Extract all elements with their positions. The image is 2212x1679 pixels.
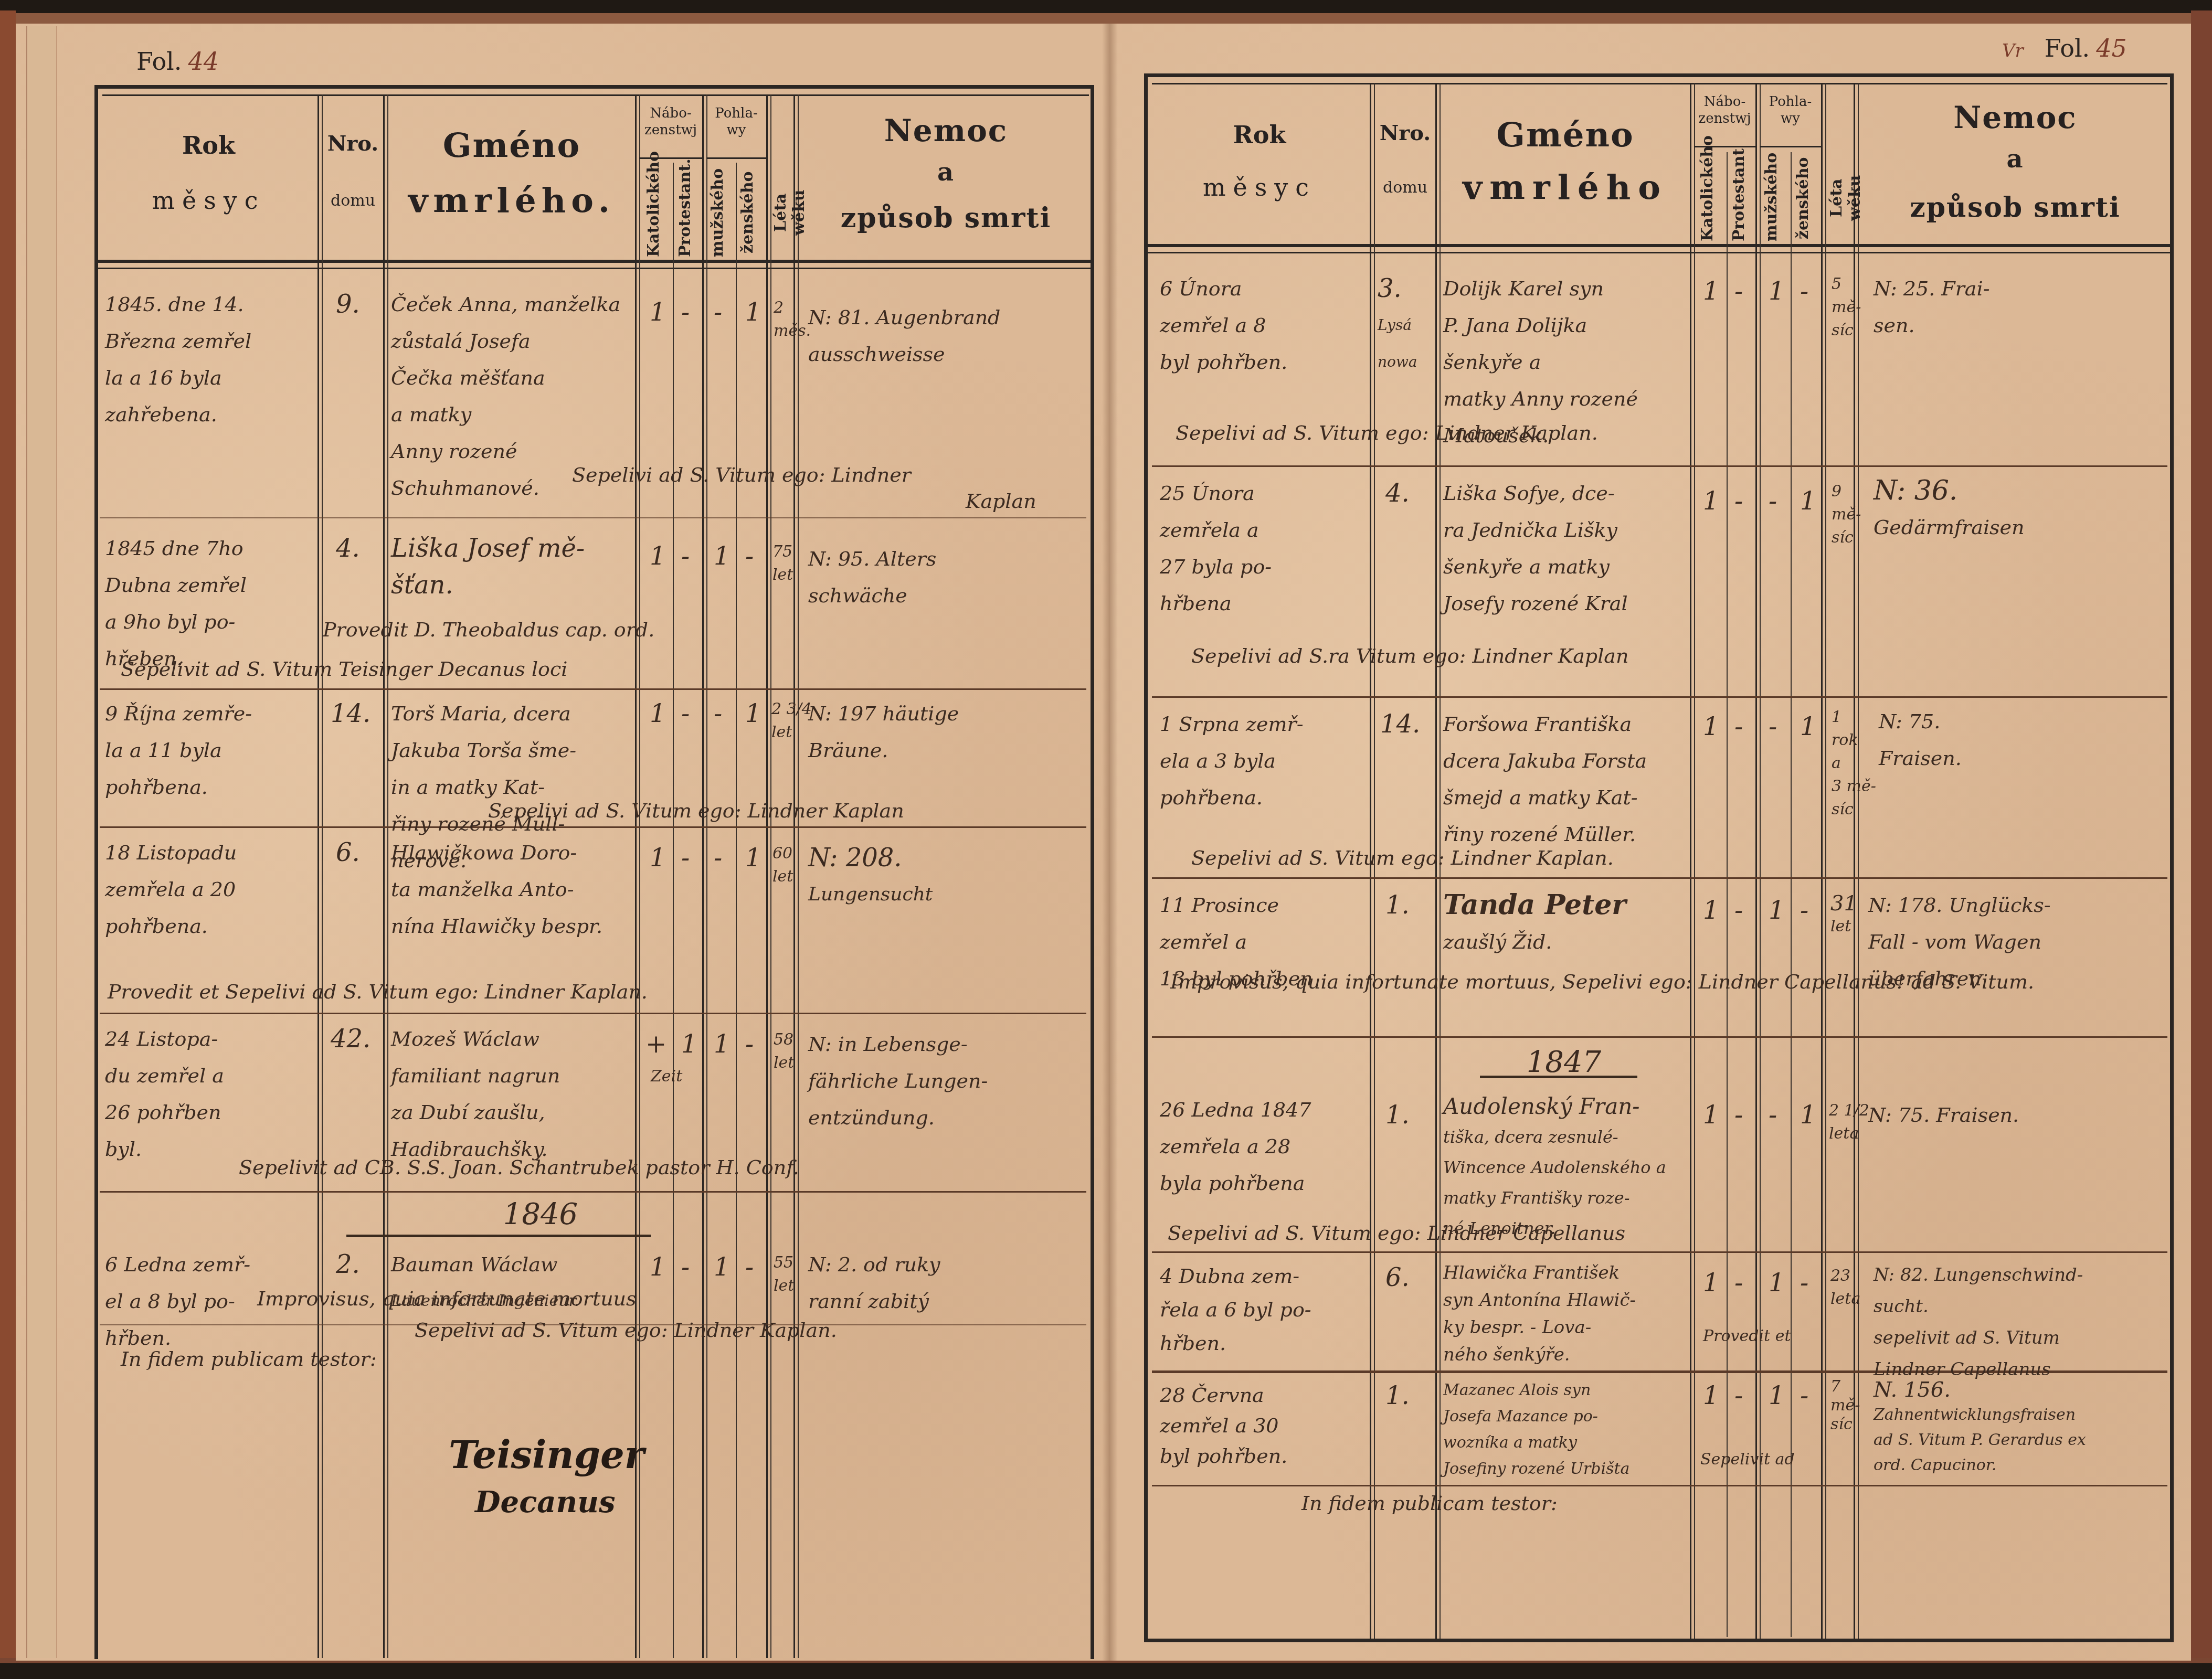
entry-date: 18 Listopaduzemřela a 20pohřbena.: [105, 834, 237, 944]
entry-burial-note: Sepelivi ad S. Vitum ego: Lindner Capell…: [1168, 1215, 1625, 1251]
header-bottom-rule-2: [97, 268, 1092, 269]
entry-female: 1: [745, 294, 761, 331]
entry-male: 1: [1769, 1264, 1785, 1301]
header-zpusob-smrti: způsob smrti: [800, 202, 1092, 234]
entry-house-number: 42.: [331, 1021, 371, 1057]
col-divider: [1727, 152, 1728, 1637]
header-a: a: [800, 157, 1092, 187]
entry-cause: N: 208.Lungensucht: [808, 839, 933, 913]
entry-cause: N: 75.Fraisen.: [1879, 703, 1962, 777]
entry-date: 6 Únorazemřel a 8byl pohřben.: [1160, 270, 1287, 380]
entry-date: 4 Dubna zem-řela a 6 byl po-hřben.: [1160, 1259, 1311, 1360]
entry-age: 23leta: [1830, 1264, 1860, 1311]
folio-number-right: 45: [2096, 34, 2127, 62]
entry-catholic: 1: [1703, 1377, 1719, 1414]
entry-catholic: 1: [1703, 483, 1719, 519]
entry-house-number: 9.: [336, 286, 360, 323]
row-divider: [100, 517, 1086, 518]
entry-protestant: 1: [681, 1026, 697, 1062]
header-pohlawy: Pohla-wy: [1760, 93, 1821, 127]
header-rule: [102, 94, 1089, 96]
entry-protestant: -: [1734, 1264, 1743, 1301]
entry-burial-note: Sepelivit ad S. Vitum Teisinger Decanus …: [121, 651, 567, 687]
col-divider: [736, 163, 737, 1658]
entry-cause: N: 75. Fraisen.: [1868, 1097, 2019, 1133]
entry-burial-note: Sepelivi ad S. Vitum ego: Lindner Kaplan: [488, 792, 904, 829]
col-divider: [1821, 83, 1823, 1639]
col-divider: [639, 94, 640, 1658]
col-divider: [1755, 83, 1757, 1639]
entry-house-number: 1.: [1385, 1377, 1410, 1414]
entry-burial-note: Provedit et Sepelivi ad S. Vitum ego: Li…: [108, 973, 648, 1010]
header-leta-weku: Léta wěku: [1827, 155, 1853, 241]
entry-protestant: -: [1734, 273, 1743, 310]
entry-age: 58let: [774, 1028, 794, 1075]
entry-catholic: 1: [1703, 1264, 1719, 1301]
header-zenskeho: ženského: [1794, 155, 1820, 241]
header-mesyc: měsyc: [1149, 173, 1370, 201]
row-divider: [1152, 877, 2167, 879]
row-divider: [1152, 465, 2167, 467]
entry-protestant: -: [1734, 483, 1743, 519]
entry-name: Tanda Peterzaušlý Žid.: [1443, 887, 1626, 960]
entry-male: -: [1769, 708, 1777, 745]
header-gmeno: Gméno: [388, 126, 635, 165]
row-divider: [100, 688, 1086, 690]
col-divider: [1760, 83, 1761, 1639]
entry-female: -: [1800, 273, 1808, 310]
entry-male: -: [714, 294, 722, 331]
entry-protestant: -: [681, 1249, 690, 1285]
entry-date: 1845. dne 14.Března zemřella a 16 bylaza…: [105, 286, 251, 433]
leather-edge-right: [2191, 10, 2212, 1669]
entry-burial-note: Sepelivi ad S.ra Vitum ego: Lindner Kapl…: [1191, 637, 1628, 674]
entry-protestant: -: [1734, 1377, 1743, 1414]
entry-house-number: 14.: [331, 695, 371, 732]
leather-edge-left: [0, 10, 16, 1669]
entry-date: 24 Listopa-du zemřel a26 pohřbenbyl.: [105, 1021, 224, 1167]
header-muzskeho: mužského: [708, 168, 735, 257]
entry-house-number: 6.: [1385, 1259, 1410, 1296]
header-zenskeho: ženského: [738, 168, 765, 257]
entry-age: 60let: [772, 842, 793, 888]
header-zpusob-smrti: způsob smrti: [1860, 192, 2170, 224]
entry-date: 26 Ledna 1847zemřela a 28byla pohřbena: [1160, 1091, 1311, 1202]
entry-male: -: [714, 839, 722, 876]
entry-male: 1: [1769, 892, 1785, 929]
header-bottom-rule: [97, 260, 1092, 263]
entry-name: Hlawička Františeksyn Antonína Hlawič-ky…: [1443, 1259, 1636, 1368]
entry-cause: N: 81. Augenbrandausschweisse: [808, 299, 1000, 373]
header-leta-weku: Léta wěku: [771, 168, 793, 257]
entry-catholic: 1: [650, 538, 666, 575]
entry-catholic: 1: [1703, 708, 1719, 745]
col-divider: [387, 94, 388, 1658]
entry-house-number: 6.: [336, 834, 360, 871]
entry-female: -: [745, 1249, 754, 1285]
col-divider: [1690, 83, 1691, 1639]
entry-cause: N: 197 häutigeBräune.: [808, 695, 959, 769]
entry-cause: N: 95. Altersschwäche: [808, 540, 936, 614]
entry-catholic: 1: [1703, 1097, 1719, 1133]
signature-title: Decanus: [475, 1485, 616, 1519]
col-divider: [322, 94, 323, 1658]
entry-female: -: [1800, 892, 1808, 929]
entry-name: Mazanec Alois synJosefa Mazance po-wozní…: [1443, 1377, 1629, 1482]
entry-protestant: -: [681, 839, 690, 876]
entry-column-note: Zeit: [651, 1065, 682, 1088]
page-stack-edge: [26, 26, 57, 1658]
header-mesyc: měsyc: [100, 186, 317, 215]
header-bottom-rule-2: [1148, 252, 2170, 253]
entry-burial-note: Sepelivi ad S. Vitum ego: Lindner Kaplan…: [415, 1312, 837, 1348]
entry-female: -: [745, 538, 754, 575]
header-domu: domu: [1375, 178, 1435, 197]
header-vmrleho: vmrlého: [1441, 168, 1690, 207]
entry-protestant: -: [1734, 892, 1743, 929]
subheader-rule: [1760, 146, 1821, 147]
entry-age: 9mě-síc: [1832, 480, 1861, 549]
entry-age: 5mě-síc: [1832, 273, 1861, 342]
entry-protestant: -: [1734, 708, 1743, 745]
header-protestant: Protestant: [1730, 155, 1755, 241]
book-spine: [1102, 24, 1118, 1661]
entry-officiant-note: Provedit D. Theobaldus cap. ord.: [323, 611, 654, 648]
entry-age: 2 3/4let: [771, 698, 812, 744]
entry-female: 1: [1800, 708, 1816, 745]
header-katolickeho: Katolického: [1698, 155, 1724, 241]
header-bottom-rule: [1148, 244, 2170, 247]
entry-male: 1: [1769, 273, 1785, 310]
entry-female: -: [745, 1026, 754, 1062]
entry-age: 55let: [774, 1251, 794, 1298]
entry-male: -: [714, 695, 722, 732]
attestation-text: In fidem publicam testor:: [1301, 1485, 1558, 1522]
entry-age: 7mě-síc: [1830, 1377, 1860, 1434]
entry-male: 1: [714, 538, 730, 575]
entry-name: Liška Sofye, dce-ra Jednička Liškyšenkyř…: [1443, 475, 1628, 622]
header-protestant: Protestant.: [676, 168, 702, 257]
entry-house-number: 2.: [336, 1246, 360, 1283]
col-divider: [1825, 83, 1826, 1639]
entry-burial-title: Kaplan: [966, 483, 1036, 519]
entry-male: -: [1769, 1097, 1777, 1133]
entry-catholic: 1: [1703, 273, 1719, 310]
entry-date: 28 Červnazemřel a 30byl pohřben.: [1160, 1380, 1287, 1471]
header-muzskeho: mužského: [1762, 155, 1788, 241]
entry-cause: N: 2. od rukyranní zabitý: [808, 1246, 940, 1320]
header-domu: domu: [323, 192, 383, 210]
entry-female: -: [1800, 1377, 1808, 1414]
book-cover-bottom: [0, 1663, 2212, 1679]
folio-number-left: 44: [188, 47, 219, 76]
header-pohlawy: Pohla-wy: [706, 105, 766, 139]
entry-burial-note: Sepelivi ad S. Vitum ego: Lindner Kaplan…: [1191, 839, 1614, 876]
entry-age: 1roka3 mě-síc: [1832, 706, 1876, 821]
entry-age: 31let: [1830, 892, 1857, 938]
entry-protestant: -: [681, 695, 690, 732]
entry-female: 1: [745, 695, 761, 732]
entry-catholic: 1: [650, 294, 666, 331]
entry-male: 1: [714, 1026, 730, 1062]
entry-provedit-note: Sepelivit ad: [1700, 1448, 1795, 1471]
entry-catholic: +: [645, 1026, 666, 1062]
entry-age: 2měs.: [774, 296, 811, 343]
entry-cause: N. 156.Zahnentwicklungsfraisenad S. Vitu…: [1874, 1377, 2086, 1478]
entry-female: 1: [745, 839, 761, 876]
header-nro: Nro.: [1375, 121, 1435, 145]
entry-date: 1 Srpna zemř-ela a 3 bylapohřbena.: [1160, 706, 1304, 816]
header-katolickeho: Katolického: [644, 168, 671, 257]
col-divider: [706, 94, 707, 1658]
entry-provedit-note: Provedit et: [1703, 1325, 1791, 1348]
entry-age: 2 1/2leta: [1829, 1099, 1869, 1145]
entry-catholic: 1: [1703, 892, 1719, 929]
col-divider: [1694, 83, 1695, 1639]
entry-catholic: 1: [650, 695, 666, 732]
entry-age: 75let: [772, 540, 793, 587]
col-divider: [383, 94, 385, 1658]
row-divider: [1152, 696, 2167, 698]
entry-name: Foršowa Františkadcera Jakuba Forstašmej…: [1443, 706, 1647, 853]
row-divider: [1152, 1251, 2167, 1253]
entry-date: 9 Října zemře-la a 11 bylapohřbena.: [105, 695, 252, 805]
row-divider: [100, 1191, 1086, 1193]
entry-protestant: -: [681, 294, 690, 331]
entry-name: Mozeš Wáclawfamiliant nagrunza Dubí zauš…: [391, 1021, 560, 1167]
year-underline: [1480, 1076, 1637, 1078]
entry-cause: N: 25. Frai-sen.: [1874, 270, 1989, 344]
entry-house-number: 3.Lysánowa: [1378, 270, 1417, 380]
entry-female: -: [1800, 1264, 1808, 1301]
entry-protestant: -: [1734, 1097, 1743, 1133]
header-nabozenstwi: Nábo-zenstwj: [1694, 93, 1755, 127]
entry-name: Hlawičkowa Doro-ta manželka Anto-nína Hl…: [391, 834, 602, 944]
entry-cause: N: in Lebensge-fährliche Lungen-entzündu…: [808, 1026, 988, 1136]
header-nemoc: Nemoc: [800, 113, 1092, 148]
folio-label-right: VrFol.45: [2002, 34, 2127, 62]
header-gmeno: Gméno: [1441, 115, 1690, 155]
entry-burial-note: Sepelivi ad S. Vitum ego: Lindner Kaplan…: [1176, 415, 1598, 451]
entry-name: Liška Josef mě-šťan.: [391, 530, 585, 603]
header-rok: Rok: [1149, 121, 1370, 149]
entry-male: 1: [1769, 1377, 1785, 1414]
header-a: a: [1860, 144, 2170, 174]
entry-date: 25 Únorazemřela a27 byla po-hřbena: [1160, 475, 1272, 622]
signature: Teisinger: [449, 1432, 644, 1477]
header-rule: [1152, 83, 2167, 84]
entry-cause: N: 36.Gedärmfraisen: [1874, 472, 2025, 546]
col-divider: [317, 94, 319, 1658]
col-divider: [673, 163, 674, 1658]
row-divider: [1152, 1036, 2167, 1038]
entry-male: 1: [714, 1249, 730, 1285]
header-nemoc: Nemoc: [1860, 100, 2170, 135]
entry-female: 1: [1800, 483, 1816, 519]
entry-catholic: 1: [650, 1249, 666, 1285]
entry-house-number: 1.: [1385, 1097, 1410, 1133]
entry-male: -: [1769, 483, 1777, 519]
col-divider: [766, 94, 768, 1658]
entry-burial-note: Sepelivi ad S. Vitum ego: Lindner: [572, 456, 911, 493]
row-divider: [100, 1013, 1086, 1014]
entry-house-number: 4.: [336, 530, 360, 567]
header-nabozenstwi: Nábo-zenstwj: [639, 105, 702, 139]
entry-catholic: 1: [650, 839, 666, 876]
folio-label-left: Fol.44: [136, 47, 219, 76]
margin-mark: Vr: [2002, 40, 2024, 61]
header-vmrleho: vmrlého.: [388, 181, 635, 220]
year-header: 1846: [436, 1196, 645, 1233]
col-divider: [1791, 152, 1792, 1637]
entry-house-number: 1.: [1385, 887, 1410, 923]
attestation-text: In fidem publicam testor:: [121, 1341, 377, 1377]
entry-house-number: 4.: [1385, 475, 1410, 512]
entry-burial-note: Improvisus, quia infortunate mortuus, Se…: [1170, 965, 2157, 998]
header-nro: Nro.: [323, 131, 383, 156]
entry-house-number: 14.: [1380, 706, 1420, 742]
entry-cause: N: 82. Lungenschwind-sucht.sepelivit ad …: [1874, 1259, 2083, 1385]
col-divider: [702, 94, 704, 1658]
col-divider: [770, 94, 771, 1658]
entry-date: 6 Ledna zemř-el a 8 byl po-hřben.: [105, 1246, 250, 1356]
col-divider: [635, 94, 637, 1658]
header-rok: Rok: [100, 131, 317, 160]
entry-burial-note: Sepelivit ad CB. S.S. Joan. Schantrubek …: [239, 1149, 799, 1186]
entry-female: 1: [1800, 1097, 1816, 1133]
year-underline: [346, 1235, 651, 1237]
subheader-rule: [706, 157, 766, 159]
entry-protestant: -: [681, 538, 690, 575]
